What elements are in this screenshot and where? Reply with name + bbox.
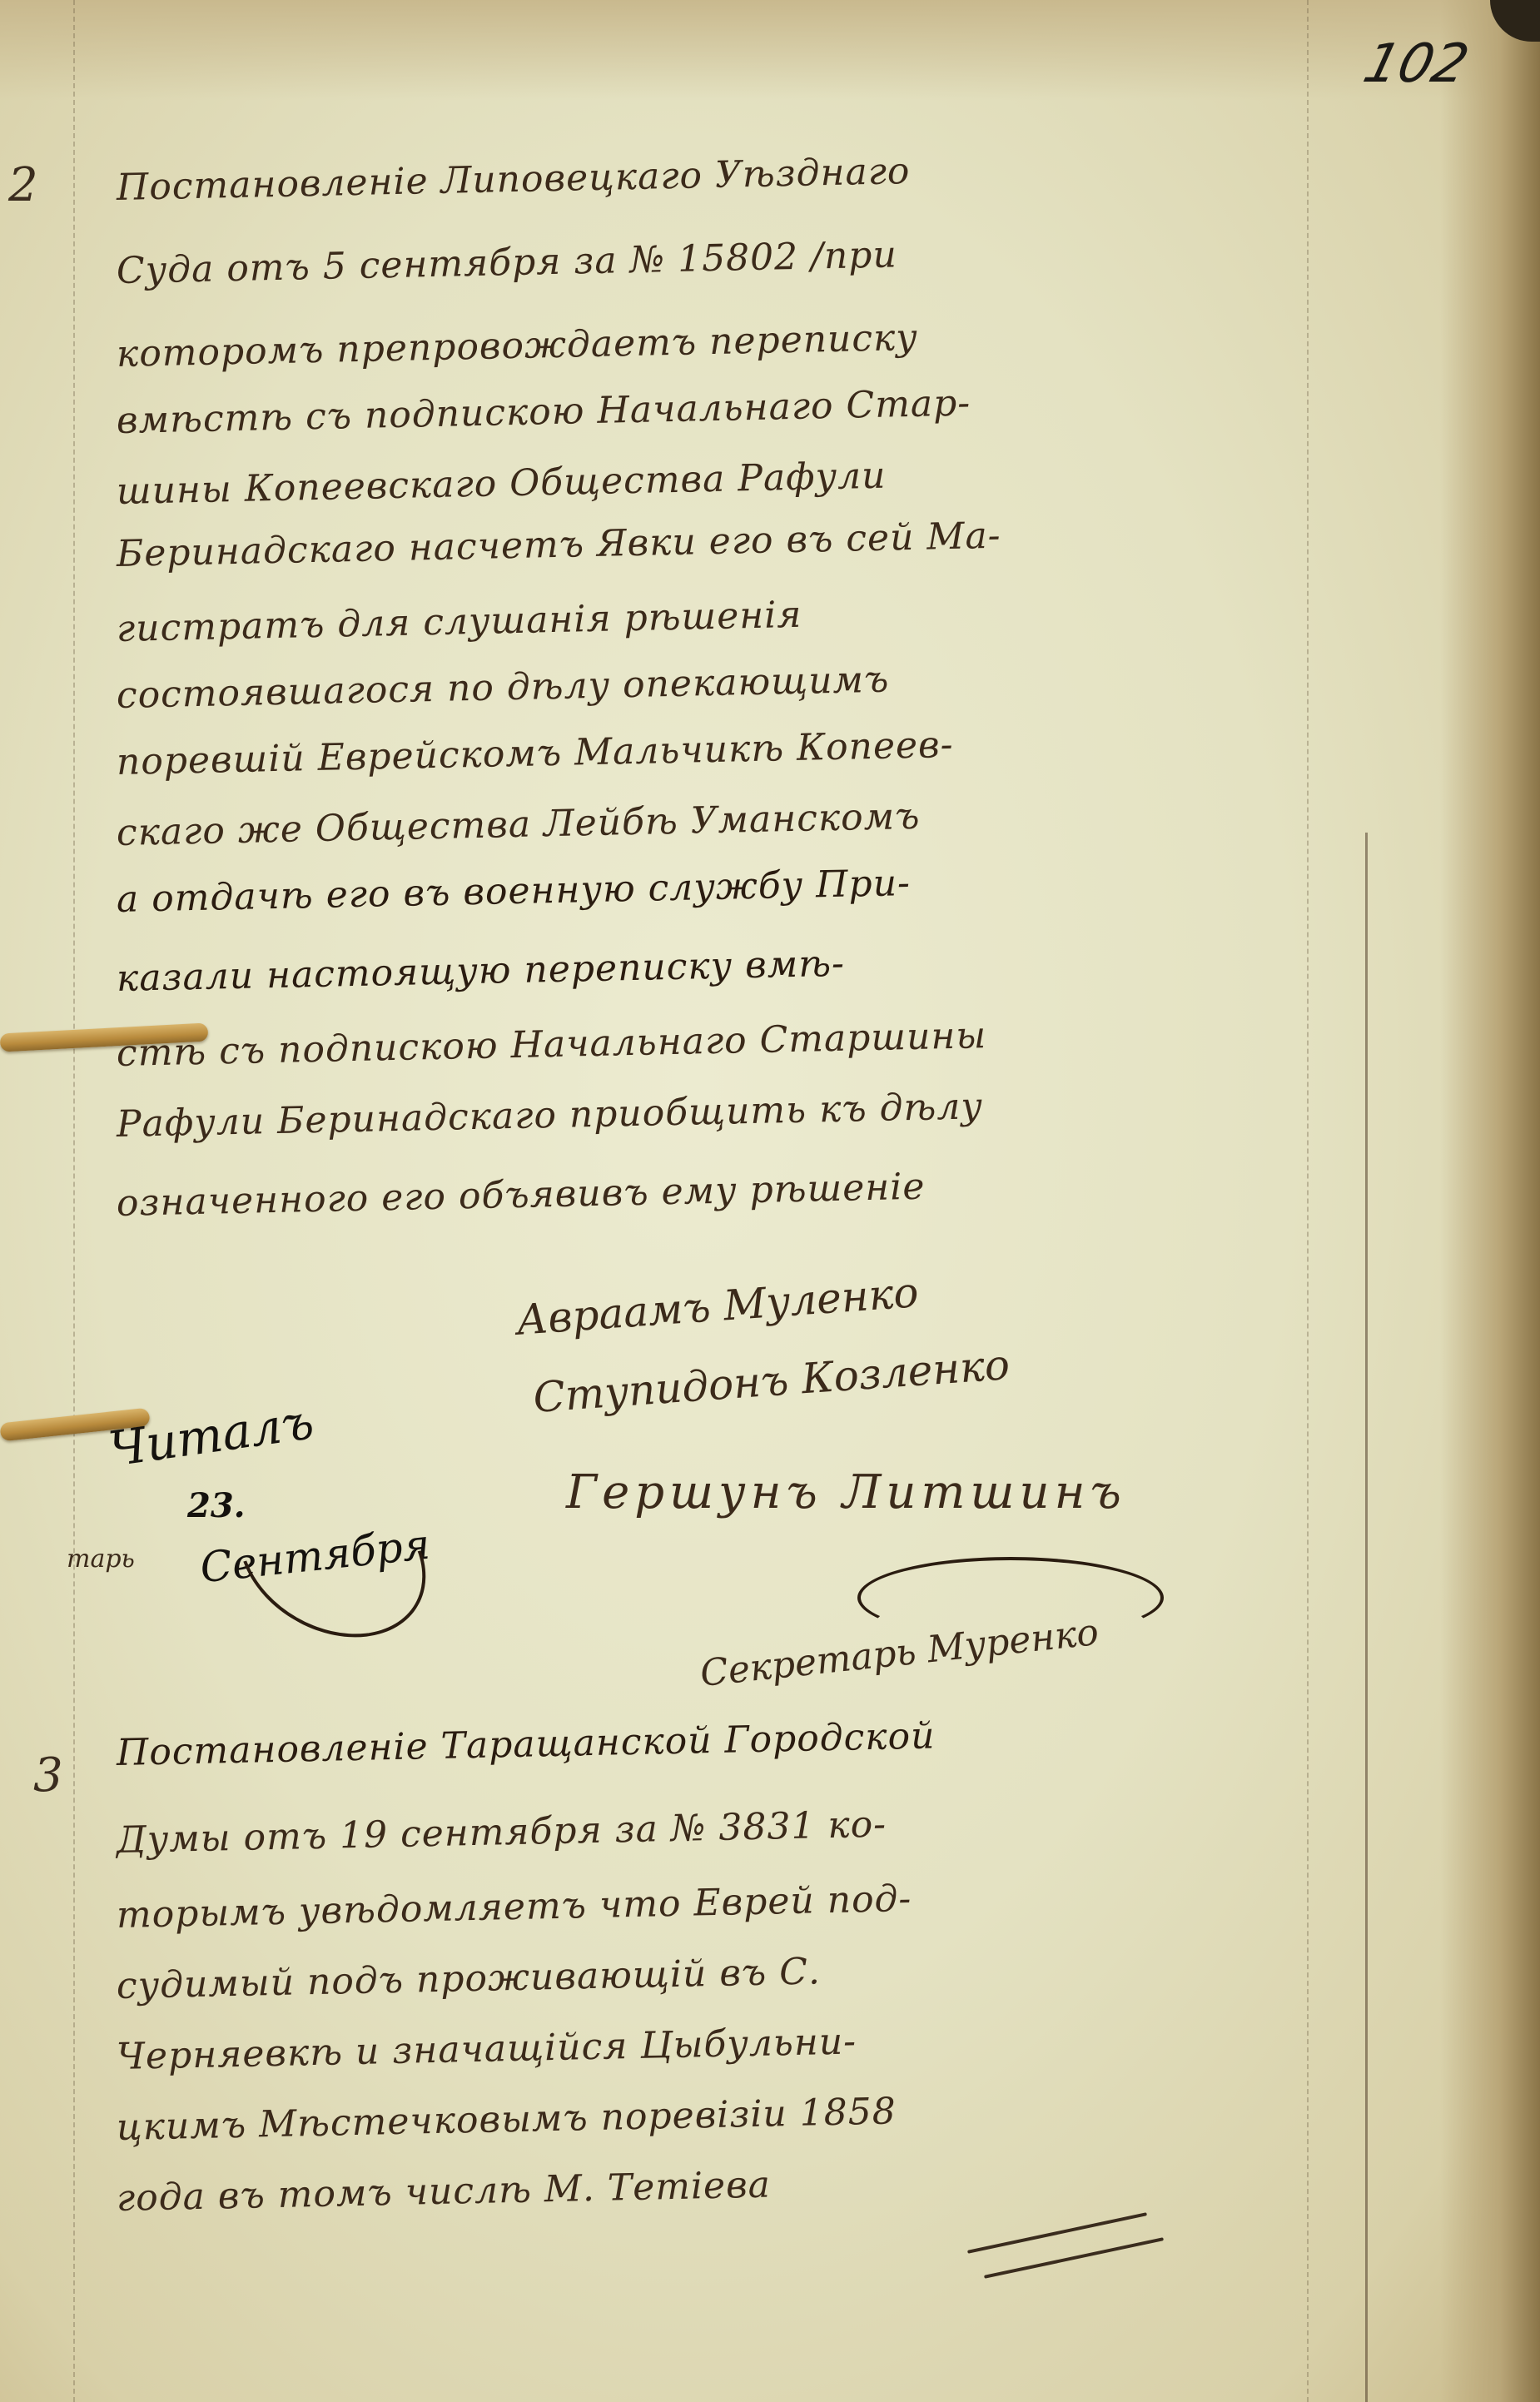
- entry-line: казали настоящую переписку вмѣ-: [116, 932, 1299, 1000]
- entry-line: а отдачѣ его въ военную службу При-: [116, 853, 1299, 921]
- entry-line: Черняевкѣ и значащійся Цыбульни-: [116, 2011, 1299, 2078]
- right-margin-rule: [1307, 0, 1309, 2402]
- signature-flourish: [209, 1442, 455, 1669]
- entry-line: Беринадскаго насчетъ Явки его въ сей Ма-: [116, 508, 1299, 575]
- entry-line: Думы отъ 19 сентября за № 3831 ко-: [116, 1794, 1299, 1862]
- entry-line: состоявшагося по дѣлу опекающимъ: [116, 649, 1299, 717]
- marginal-note-day: 23.: [187, 1486, 246, 1525]
- entry-line: судимый подъ проживающій въ С.: [116, 1940, 1299, 2007]
- entry-line: Суда отъ 5 сентября за № 15802 /при: [116, 225, 1299, 292]
- entry-line: означенного его объявивъ ему рѣшеніе: [116, 1157, 1299, 1225]
- page-corner-shadow: [1490, 0, 1540, 42]
- binding-edge: [1440, 0, 1540, 2402]
- entry-line: поревшій Еврейскомъ Мальчикѣ Копеев-: [116, 716, 1299, 783]
- entry-line: цкимъ Мѣстечковымъ поревізіи 1858: [116, 2081, 1299, 2149]
- entry-line: торымъ увѣдомляетъ что Еврей под-: [116, 1869, 1299, 1937]
- page-number: 102: [1358, 33, 1475, 95]
- signature: Авраамъ Муленко: [515, 1268, 921, 1345]
- entry-line: Рафули Беринадскаго приобщить къ дѣлу: [116, 1078, 1299, 1146]
- left-margin-rule: [73, 0, 75, 2402]
- entry-line: шины Копеевскаго Общества Рафули: [116, 445, 1299, 513]
- entry-line: Постановленіе Липовецкаго Уѣзднаго: [116, 142, 1299, 209]
- marginal-note-prefix: тарь: [67, 1544, 135, 1574]
- entry-line: вмѣстѣ съ подпискою Начальнаго Стар-: [116, 375, 1299, 442]
- entry-line: стѣ съ подпискою Начальнаго Старшины: [116, 1007, 1299, 1075]
- binding-rule: [1365, 833, 1368, 2402]
- entry-line: гистратъ для слушанія рѣшенія: [116, 583, 1299, 650]
- entry-number: 3: [33, 1748, 63, 1803]
- marginal-note-read: Читалъ: [105, 1393, 316, 1478]
- entry-line: Постановленіе Таращанской Городской: [116, 1707, 1299, 1774]
- entry-line: которомъ препровождаетъ переписку: [116, 308, 1299, 375]
- document-page: 102 2 Постановленіе Липовецкаго Уѣзднаго…: [0, 0, 1540, 2402]
- signature: Ступидонъ Козленко: [532, 1340, 1011, 1422]
- page-top-shading: [0, 0, 1540, 100]
- entry-number: 2: [8, 158, 38, 212]
- entry-line: скаго же Общества Лейбѣ Уманскомъ: [116, 787, 1299, 854]
- entry-line: года въ томъ числѣ М. Тетіева: [116, 2152, 1299, 2220]
- signature: Гершунъ Литшинъ: [566, 1465, 1126, 1519]
